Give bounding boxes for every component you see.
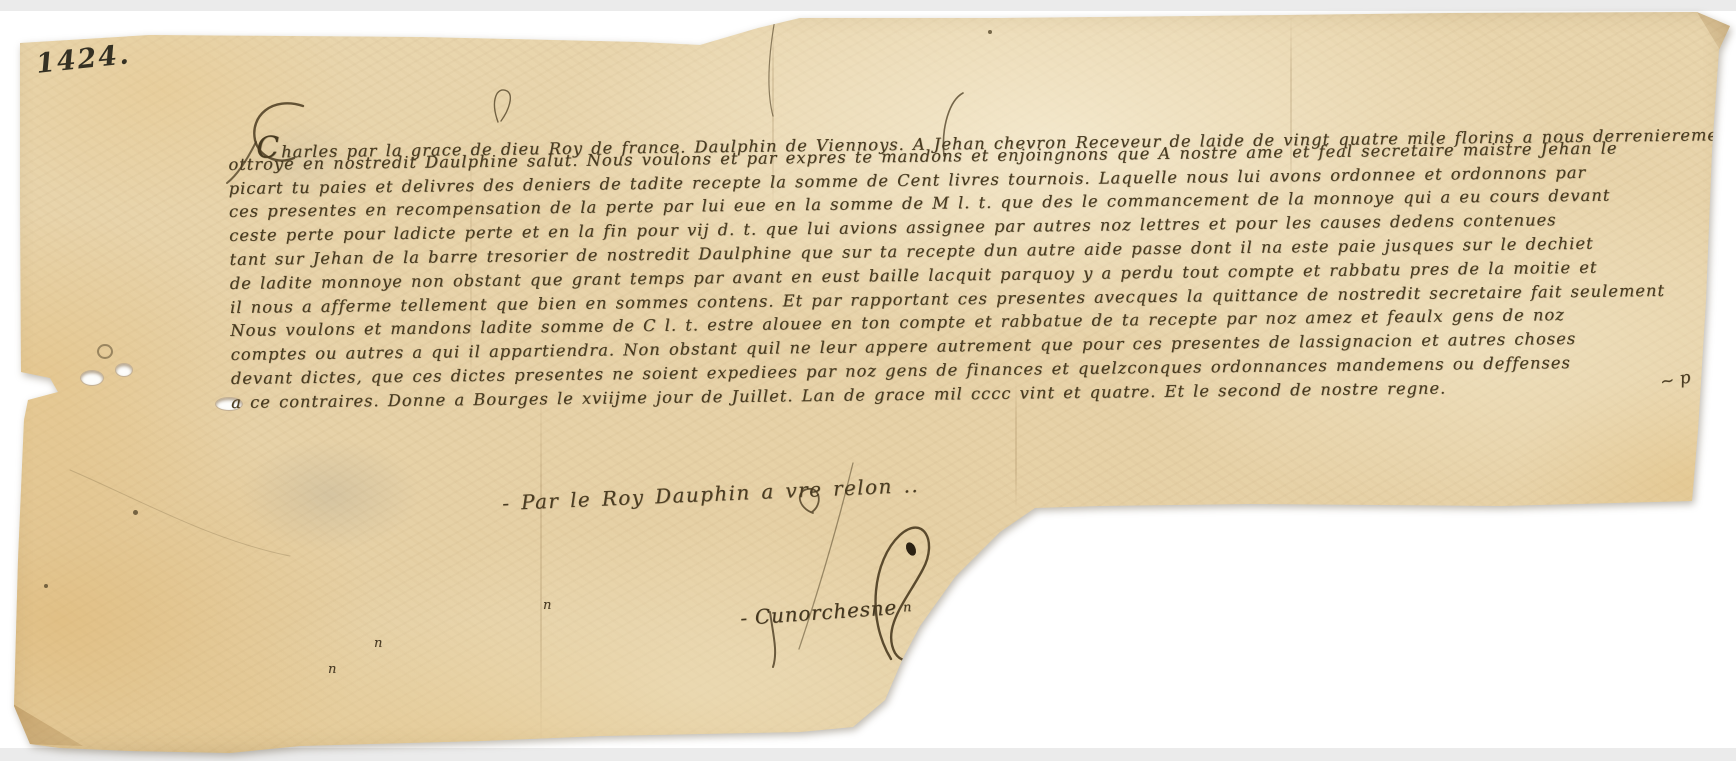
ink-speck xyxy=(44,584,48,588)
ink-speck xyxy=(133,510,138,515)
secretary-signature-name: - Cunorchesne xyxy=(739,595,897,630)
secretary-signature: - Cunorchesnen xyxy=(739,594,913,630)
paraph-ink-spot xyxy=(904,541,918,557)
secretary-signature-suffix: n xyxy=(902,600,912,616)
top-right-fold xyxy=(1695,12,1733,52)
archive-year-annotation: 1424. xyxy=(35,39,132,80)
parchment-hole xyxy=(115,363,133,377)
ascender-flourish-l xyxy=(495,90,511,122)
ink-ring-mark xyxy=(97,344,113,359)
parchment-shadow-wrap: 1424. Charles par la grace de dieu Roy d… xyxy=(0,0,1736,761)
manuscript-scan-page: 1424. Charles par la grace de dieu Roy d… xyxy=(0,0,1736,761)
parchment-hole xyxy=(80,370,104,386)
pen-mark: n xyxy=(543,598,551,613)
pen-mark: n xyxy=(374,636,382,651)
pen-mark: n xyxy=(328,662,336,677)
chancery-subscription: - Par le Roy Dauphin a vre relon .. xyxy=(502,473,920,515)
parchment-document: 1424. Charles par la grace de dieu Roy d… xyxy=(0,0,1736,761)
letter-body: Charles par la grace de dieu Roy de fran… xyxy=(228,113,1716,416)
ink-speck xyxy=(988,30,992,34)
fold-crease xyxy=(540,380,542,745)
bottom-left-fold xyxy=(13,700,93,750)
surface-scratch xyxy=(70,470,290,556)
